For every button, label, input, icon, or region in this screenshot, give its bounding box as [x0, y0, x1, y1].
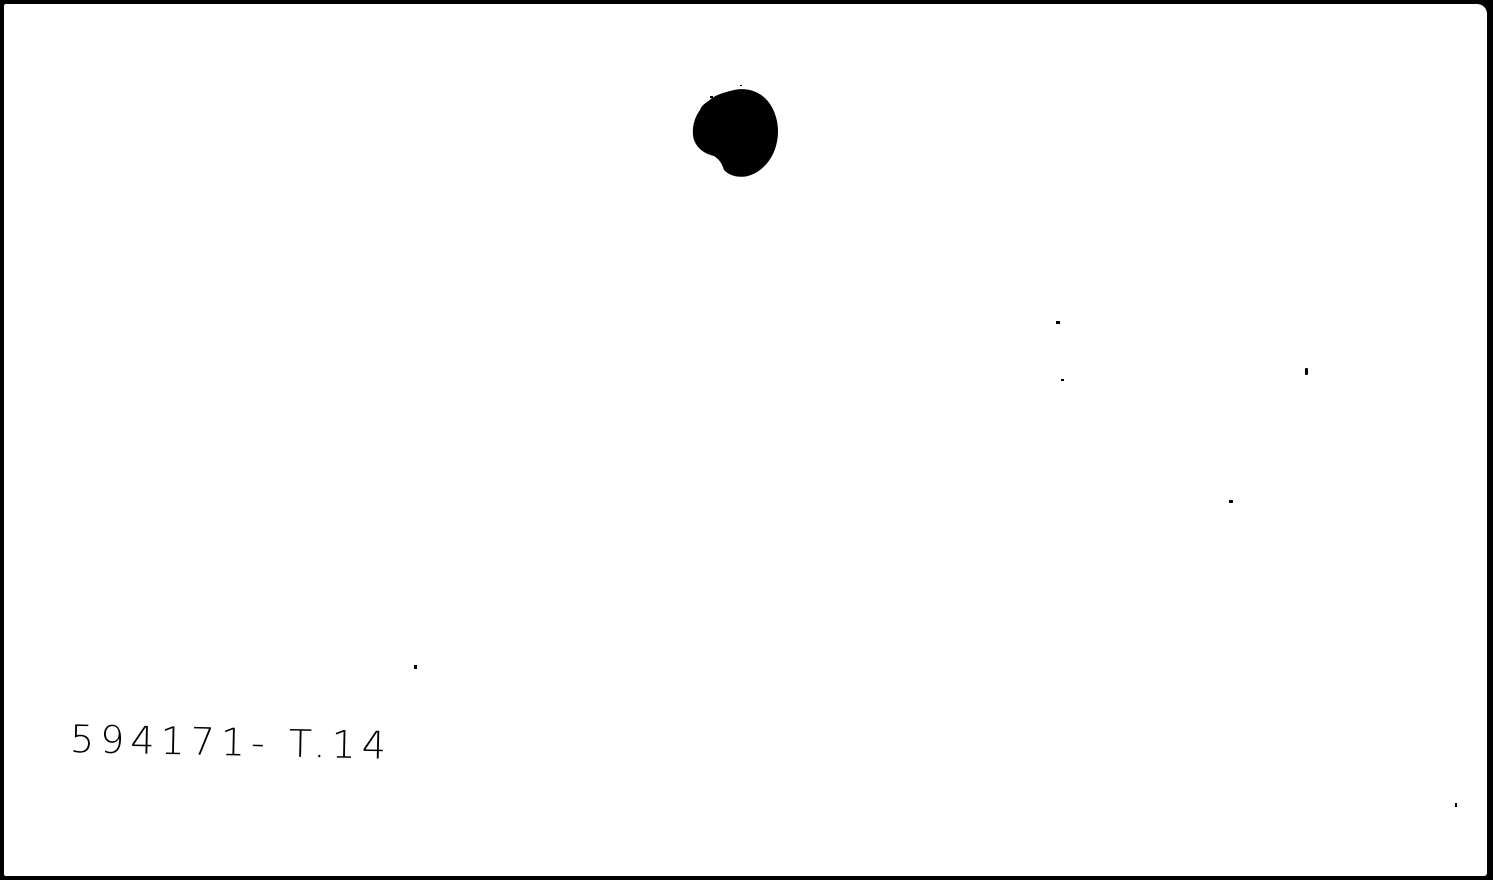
punched-hole-icon: [688, 84, 784, 180]
scan-frame: 594171- T.14: [0, 0, 1493, 880]
dust-speck: [1061, 379, 1064, 381]
dust-speck: [1305, 368, 1308, 375]
dust-speck: [1056, 321, 1060, 324]
dust-speck: [1455, 803, 1457, 807]
dust-speck: [414, 665, 417, 669]
handwritten-catalog-number: 594171- T.14: [70, 720, 393, 765]
dust-speck: [1229, 500, 1233, 503]
index-card: 594171- T.14: [4, 4, 1487, 876]
